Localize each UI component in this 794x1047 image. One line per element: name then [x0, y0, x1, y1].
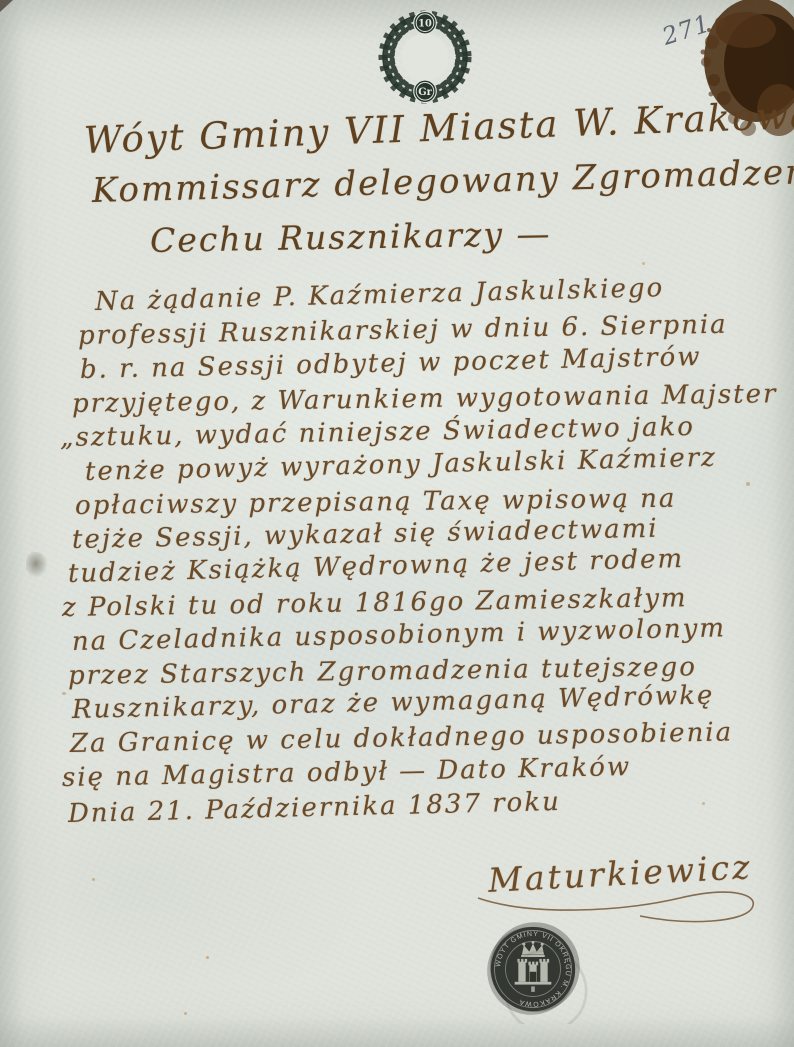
manuscript-header-line: Kommissarz delegowany Zgromadzenia: [92, 154, 794, 208]
revenue-stamp: 10 Gr: [376, 10, 474, 104]
fox-spot: [184, 1012, 187, 1015]
stamp-value-bottom: Gr: [418, 87, 432, 98]
fox-spot: [92, 878, 95, 881]
manuscript-line: się na Magistra odbył — Dato Kraków: [62, 754, 632, 791]
document-page: 10 Gr 271 Wóyt Gminy VII Miasta W. Krako…: [0, 0, 794, 1047]
fox-spot: [746, 482, 750, 486]
manuscript-line: Za Granicę w celu dokładnego usposobieni…: [70, 719, 734, 757]
manuscript-line: Na żądanie P. Kaźmierza Jaskulskiego: [95, 275, 665, 315]
fox-spot: [62, 692, 66, 695]
fox-spot: [642, 262, 645, 265]
fox-spot: [206, 956, 209, 959]
corner-speck: [0, 0, 13, 12]
margin-smudge: [26, 552, 48, 578]
manuscript-line: Dnia 21. Października 1837 roku: [68, 789, 561, 827]
official-seal: WOYT GMINY VII OKRĘGU M. KRAKOWA: [478, 914, 588, 1024]
manuscript-line: b. r. na Sessji odbytej w poczet Majstró…: [80, 344, 702, 383]
manuscript-line: opłaciwszy przepisaną Taxę wpisową na: [75, 486, 677, 519]
manuscript-header-line: Cechu Rusznikarzy —: [150, 217, 552, 257]
stamp-center-hole: [402, 34, 449, 81]
stamp-value-top: 10: [418, 19, 432, 30]
fox-spot: [702, 802, 705, 805]
